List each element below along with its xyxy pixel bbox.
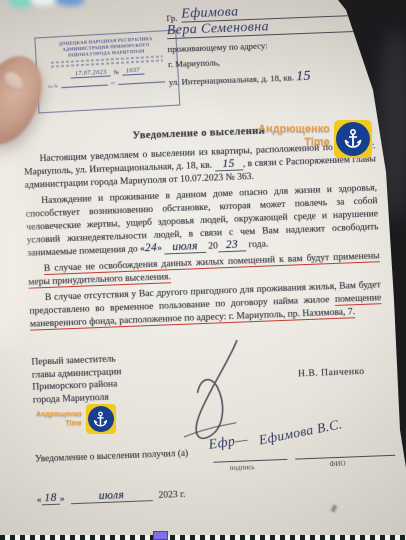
official-name: Н.В. Панченко (298, 366, 365, 380)
document-content: ДОНЕЦКАЯ НАРОДНАЯ РЕСПУБЛИКА АДМИНИСТРАЦ… (0, 0, 406, 540)
stamp-blank-line (118, 77, 165, 85)
stamp-number-handwritten: 1037 (122, 66, 144, 75)
selection-border (0, 535, 406, 540)
fio-blank-line (295, 441, 396, 460)
watermark-line2: Time (258, 136, 330, 149)
deadline-year-handwritten: 23 (218, 238, 247, 252)
watermark-text: Андрющенко Time (258, 120, 330, 149)
logo-circle (336, 122, 370, 156)
selection-handle[interactable] (153, 531, 168, 540)
anchor-icon (91, 410, 110, 429)
received-year: 2023 г. (158, 489, 185, 501)
received-day-handwritten: 18 (41, 492, 60, 506)
official-position-block: Первый заместитель главы администрации П… (31, 353, 122, 406)
recipient-street: ул. Интернациональная, д. 18, кв. 15 (168, 66, 382, 89)
deadline-day-handwritten: 24 (145, 242, 158, 254)
received-date-line: «18» июля 2023 г. (36, 487, 185, 506)
stamp-bottom-left-label: на № (48, 83, 58, 89)
signature-caption: подпись (229, 463, 254, 472)
recipient-apartment-handwritten: 15 (296, 69, 311, 85)
watermark-andryushchenko-bottom: Андрющенко Time (36, 404, 116, 434)
paragraph-2: Нахождение и проживание в данном доме оп… (25, 181, 379, 259)
document-body: Настоящим уведомляем о выселении из квар… (23, 139, 382, 333)
received-label: Уведомление о выселении получил (а) (35, 449, 188, 465)
watermark-andryushchenko-top: Андрющенко Time (258, 120, 372, 158)
document-paper: ДОНЕЦКАЯ НАРОДНАЯ РЕСПУБЛИКА АДМИНИСТРАЦ… (0, 0, 406, 540)
anchor-icon (341, 127, 365, 151)
anchor-logo (334, 120, 372, 158)
stamp-number-sign: № (114, 70, 120, 76)
stamp-blank-line (61, 81, 108, 89)
watermark-line2: Time (36, 419, 82, 428)
watermark-line1: Андрющенко (258, 123, 330, 136)
recipient-name2-handwritten: Вера Семеновна (166, 19, 269, 38)
received-month-handwritten: июля (70, 488, 152, 504)
logo-circle (88, 406, 114, 432)
stamp-bottom-right-label: от (111, 80, 116, 85)
photo-frame: ДОНЕЦКАЯ НАРОДНАЯ РЕСПУБЛИКА АДМИНИСТРАЦ… (0, 0, 406, 540)
fio-caption: ФИО (329, 460, 345, 469)
recipient-prefix: Гр. (166, 13, 178, 23)
deadline-month-handwritten: июля (164, 240, 206, 255)
thumb-nail (0, 69, 26, 95)
stamp-bottom-row: на № от (48, 77, 168, 89)
watermark-text: Андрющенко Time (36, 404, 82, 428)
quote-close: » (60, 493, 65, 504)
recipient-name-handwritten: Ефимова (181, 4, 239, 21)
apartment-number-handwritten: 15 (214, 157, 243, 171)
stamp-date-handwritten: 17.07.2023 (71, 68, 111, 78)
watermark-line1: Андрющенко (36, 410, 82, 419)
anchor-logo (86, 404, 116, 434)
registration-stamp: ДОНЕЦКАЯ НАРОДНАЯ РЕСПУБЛИКА АДМИНИСТРАЦ… (34, 30, 180, 114)
